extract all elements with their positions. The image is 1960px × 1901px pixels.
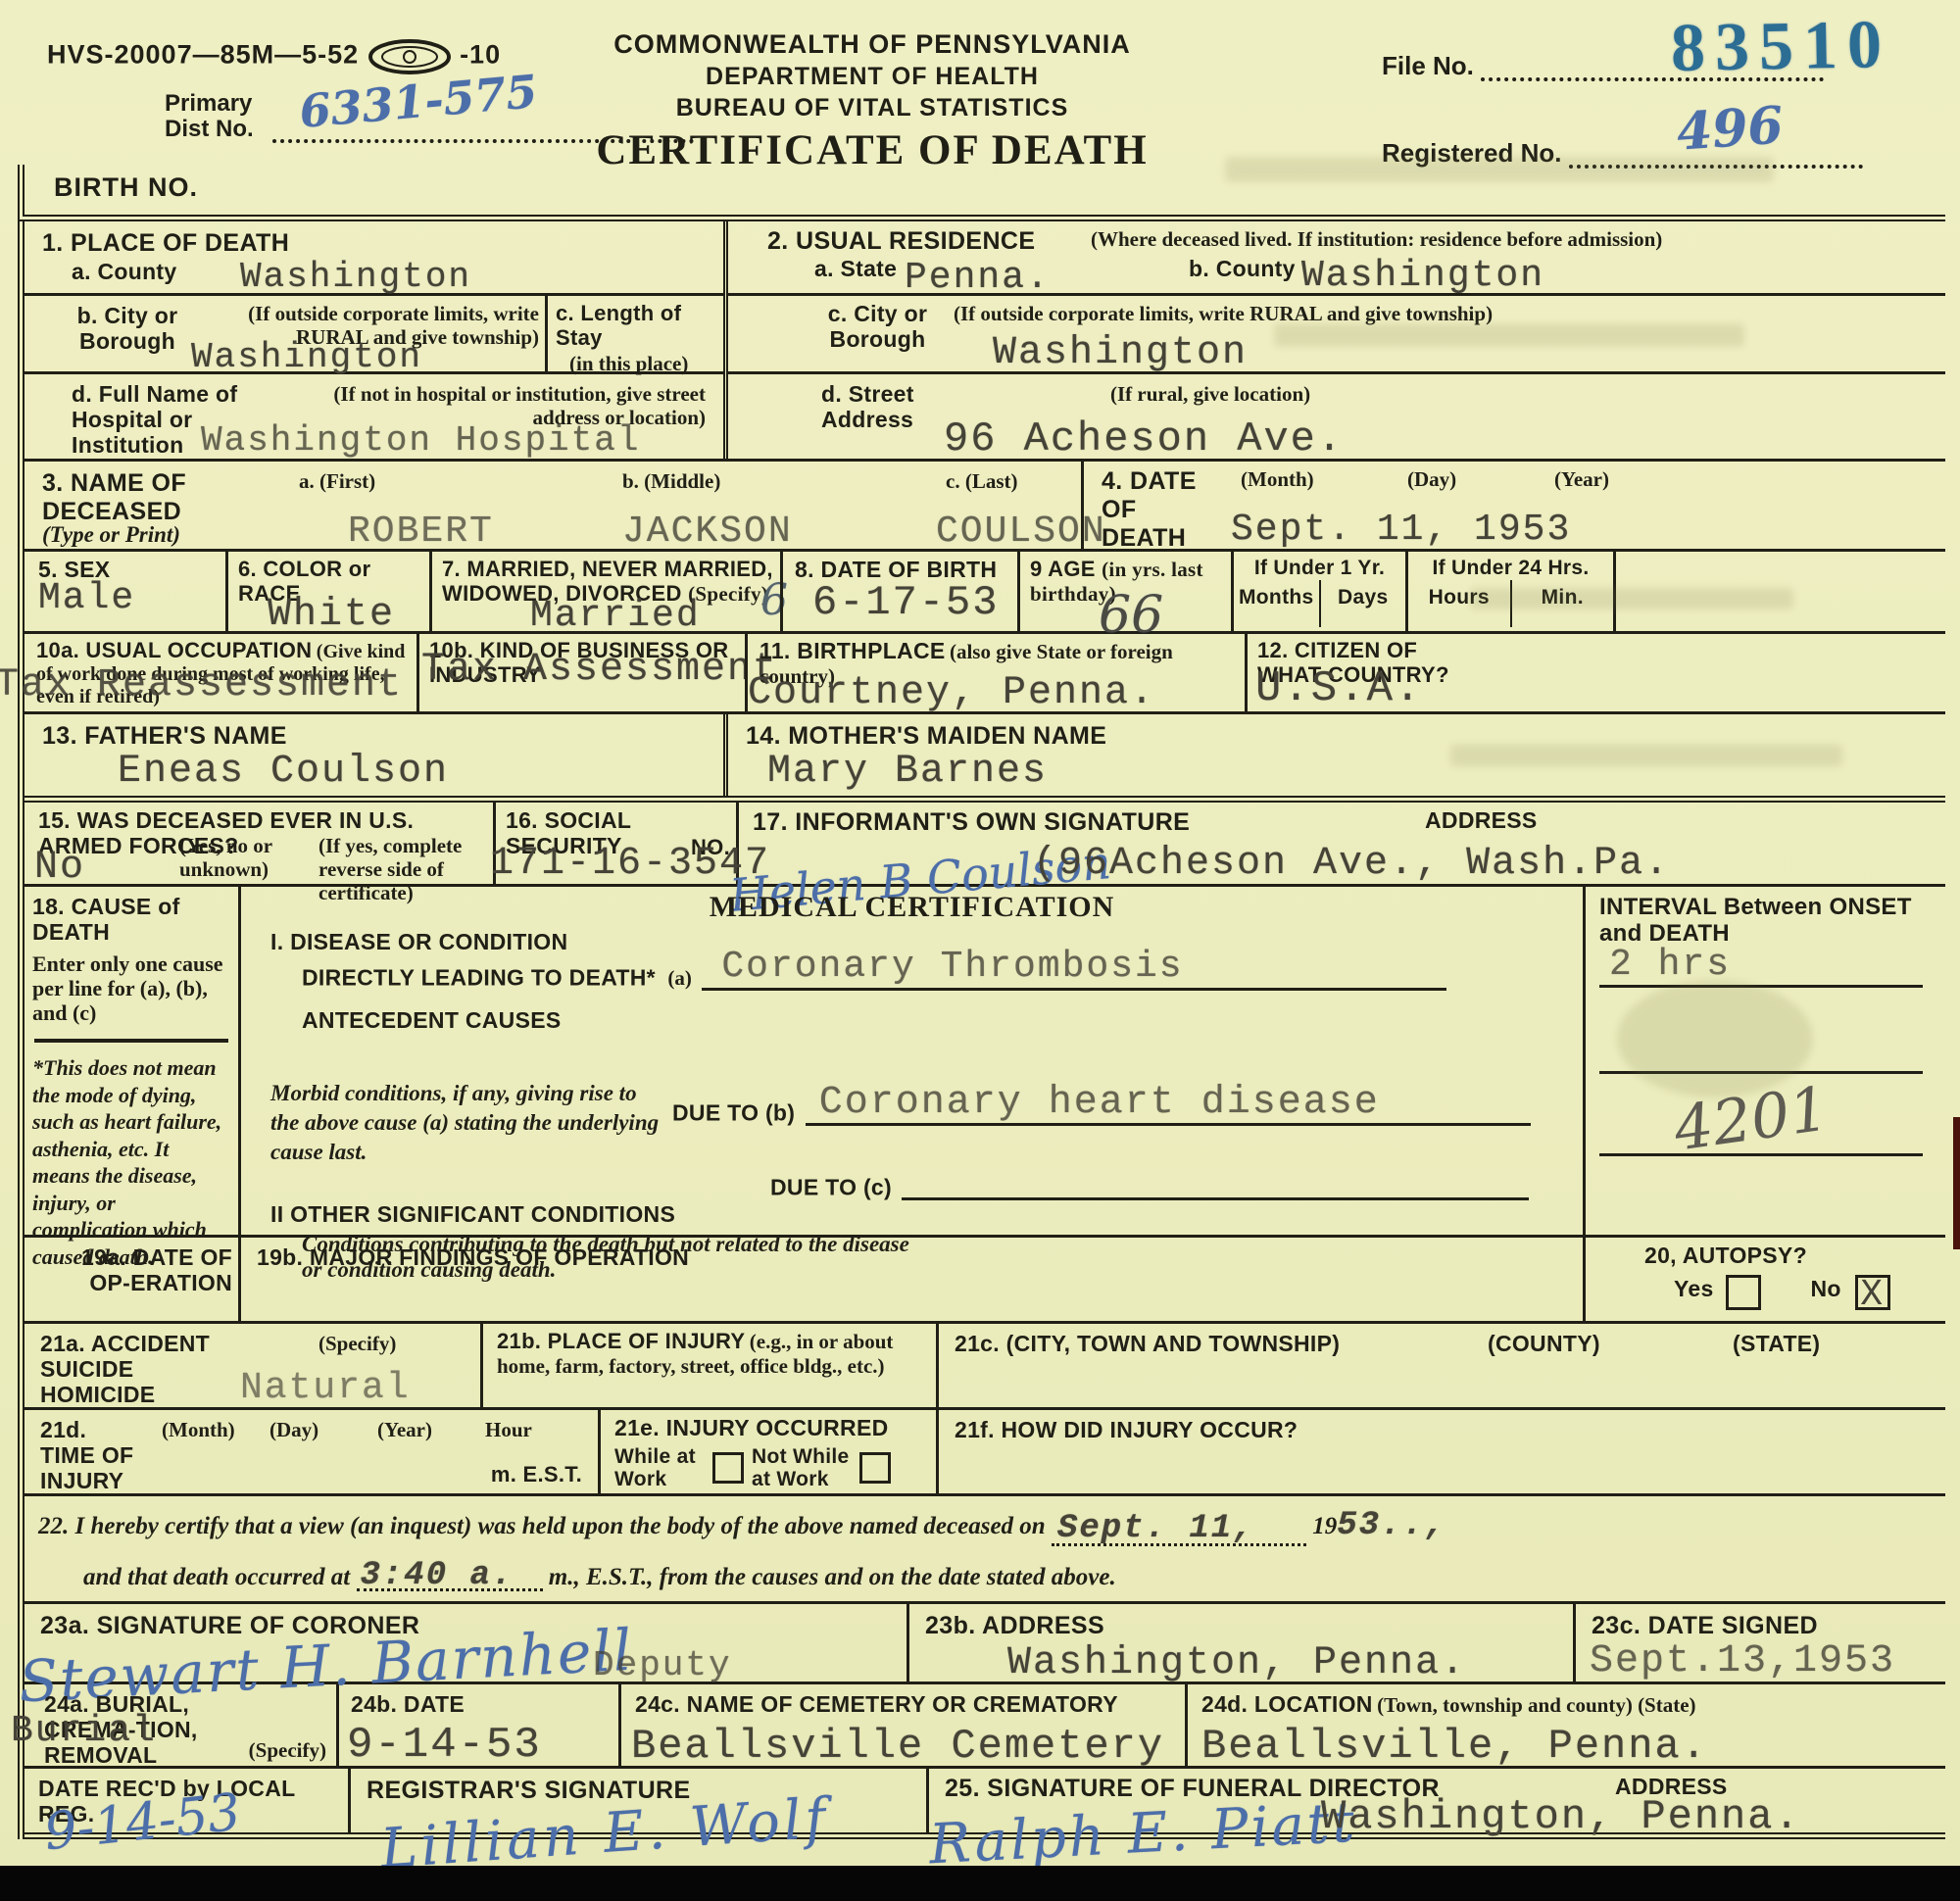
field-21d-est: m. E.S.T. xyxy=(491,1463,582,1487)
form-number: HVS-20007—85M—5-52 xyxy=(47,40,359,70)
field-1c-length-of-stay: c. Length of Stay (in this place) xyxy=(545,296,723,371)
field-1c-label: c. Length of Stay xyxy=(548,296,723,350)
primary-dist-label: Primary Dist No. xyxy=(165,91,272,143)
field-2b-value: Washington xyxy=(1301,255,1544,297)
certify-year-printed: 19 xyxy=(1312,1513,1337,1539)
field-24a-burial: 24a. BURIAL, CREMA-TION, REMOVAL (Specif… xyxy=(24,1684,336,1766)
section-3-title: 3. NAME OF DECEASED xyxy=(42,469,238,526)
field-23c-label: 23c. DATE SIGNED xyxy=(1576,1604,1945,1640)
file-no-label: File No. xyxy=(1382,51,1474,80)
field-11-birthplace: 11. BIRTHPLACE (also give State or forei… xyxy=(745,634,1245,711)
bureau-title: BUREAU OF VITAL STATISTICS xyxy=(529,94,1215,122)
section-1-title: 1. PLACE OF DEATH xyxy=(24,221,723,258)
field-2c-value: Washington xyxy=(993,331,1248,375)
field-9-age: 9 AGE (in yrs. last birthday) 66 xyxy=(1017,552,1231,631)
field-1b-1c-row: b. City or Borough (If outside corporate… xyxy=(24,296,723,374)
row-name-dateofdeath: 3. NAME OF DECEASED (Type or Print) a. (… xyxy=(24,462,1945,552)
field-21c-label: 21c. (CITY, TOWN AND TOWNSHIP) xyxy=(955,1332,1340,1357)
field-19a-label: 19a. DATE OF OP-ERATION xyxy=(24,1238,238,1296)
field-2c-note: (If outside corporate limits, write RURA… xyxy=(954,302,1502,325)
bleedthrough-smudge xyxy=(1274,323,1744,347)
field-13-label: 13. FATHER'S NAME xyxy=(24,714,723,751)
field-21e-notwhile-label: Not While at Work xyxy=(752,1445,859,1491)
field-2ab-row: 2. USUAL RESIDENCE (Where deceased lived… xyxy=(728,221,1945,296)
field-23c-value: Sept.13,1953 xyxy=(1590,1639,1895,1683)
field-2d-label: d. Street Address xyxy=(821,382,939,433)
field-14-value: Mary Barnes xyxy=(767,750,1048,794)
autopsy-no-checkbox: X xyxy=(1855,1275,1890,1310)
field-21f-label: 21f. HOW DID INJURY OCCUR? xyxy=(939,1410,1945,1443)
certify-line-1: 22. I hereby certify that a view (an inq… xyxy=(24,1496,1945,1546)
field-12-value: U.S.A. xyxy=(1255,664,1422,713)
field-24a-note: (Specify) xyxy=(249,1738,326,1762)
medical-b-value: Coronary heart disease xyxy=(819,1081,1380,1125)
field-21d-time-of-injury: 21d. TIME OF INJURY (Month) (Day) (Year)… xyxy=(24,1410,598,1493)
row-operation-autopsy: 19a. DATE OF OP-ERATION 19b. MAJOR FINDI… xyxy=(24,1238,1945,1324)
field-24b-value: 9-14-53 xyxy=(347,1721,542,1770)
field-21c-state-label: (STATE) xyxy=(1733,1332,1820,1357)
field-24c-value: Beallsville Cemetery xyxy=(631,1723,1164,1770)
certificate-title: CERTIFICATE OF DEATH xyxy=(529,126,1215,174)
bleedthrough-smudge xyxy=(1225,157,1774,182)
field-1c-note: (in this place) xyxy=(548,350,723,375)
field-11-label: 11. BIRTHPLACE xyxy=(759,638,946,663)
row-22-certification: 22. I hereby certify that a view (an inq… xyxy=(24,1496,1945,1604)
field-8-dob: 8. DATE OF BIRTH 6-17-53 xyxy=(780,552,1017,631)
field-2d-note: (If rural, give location) xyxy=(1110,382,1310,406)
field-6-value: White xyxy=(268,593,395,637)
field-24c-cemetery: 24c. NAME OF CEMETERY OR CREMATORY Beall… xyxy=(618,1684,1185,1766)
field-19a-date-of-operation: 19a. DATE OF OP-ERATION xyxy=(24,1238,238,1321)
field-23a-coroner-signature: 23a. SIGNATURE OF CORONER Stewart H. Bar… xyxy=(24,1604,906,1682)
field-10b-value: Tax Assessment xyxy=(421,648,778,692)
field-19b-major-findings: 19b. MAJOR FINDINGS OF OPERATION xyxy=(238,1238,1583,1321)
field-1a-county: 1. PLACE OF DEATH a. County Washington xyxy=(24,221,723,296)
field-7-value: Married xyxy=(530,595,701,637)
file-no-stamp: 83510 xyxy=(1670,6,1891,88)
field-2d-street: d. Street Address (If rural, give locati… xyxy=(728,374,1945,459)
field-3b-value: JACKSON xyxy=(622,511,793,553)
bleedthrough-smudge xyxy=(1617,980,1813,1097)
section-3-name: 3. NAME OF DECEASED (Type or Print) a. (… xyxy=(24,462,1081,549)
under1-months-label: Months xyxy=(1234,580,1319,627)
certify-part3: m., E.S.T., from the causes and on the d… xyxy=(549,1564,1116,1590)
under24-label: If Under 24 Hrs. xyxy=(1408,552,1613,580)
field-17-address-label: ADDRESS xyxy=(1425,808,1538,834)
field-21b-label: 21b. PLACE OF INJURY xyxy=(497,1329,745,1353)
medical-i-label2: DIRECTLY LEADING TO DEATH* xyxy=(302,964,656,990)
field-17-informant: 17. INFORMANT'S OWN SIGNATURE ADDRESS He… xyxy=(736,803,1945,884)
autopsy-no-check-mark: X xyxy=(1860,1274,1883,1316)
field-3b-label: b. (Middle) xyxy=(622,469,720,493)
header-titles: COMMONWEALTH OF PENNSYLVANIA DEPARTMENT … xyxy=(529,29,1215,174)
bleedthrough-smudge xyxy=(1470,588,1793,609)
file-no-line: File No. 83510 xyxy=(1382,51,1931,81)
field-11-value: Courtney, Penna. xyxy=(748,671,1155,715)
scan-bottom-bar xyxy=(0,1866,1960,1901)
medical-c-tag: DUE TO (c) xyxy=(770,1174,892,1199)
section-18-cause-of-death: 18. CAUSE of DEATH Enter only one cause … xyxy=(24,887,238,1235)
field-21d-month: (Month) xyxy=(162,1418,235,1441)
field-24b-label: 24b. DATE xyxy=(339,1684,618,1718)
field-17-address: (96Acheson Ave., Wash.Pa. xyxy=(1033,842,1670,886)
certify-part2: and that death occurred at xyxy=(83,1564,350,1590)
section-2-note: (Where deceased lived. If institution: r… xyxy=(1091,227,1698,251)
field-date-recd: DATE REC'D by LOCAL REG. 9-14-53 xyxy=(24,1769,348,1832)
field-21d-day: (Day) xyxy=(269,1418,318,1441)
field-21c-county-label: (COUNTY) xyxy=(1488,1332,1600,1357)
row-21abc: 21a. ACCIDENT SUICIDE HOMICIDE (Specify)… xyxy=(24,1324,1945,1410)
field-4-day-label: (Day) xyxy=(1407,467,1456,491)
field-21f-how-injury: 21f. HOW DID INJURY OCCUR? xyxy=(936,1410,1945,1493)
certify-date-value: Sept. 11, xyxy=(1057,1509,1255,1549)
medical-a-value: Coronary Thrombosis xyxy=(721,946,1183,988)
field-23c-date-signed: 23c. DATE SIGNED Sept.13,1953 xyxy=(1573,1604,1945,1682)
death-certificate-page: HVS-20007—85M—5-52 -10 Primary Dist No.6… xyxy=(0,0,1960,1901)
field-3a-label: a. (First) xyxy=(299,469,375,493)
field-19b-label: 19b. MAJOR FINDINGS OF OPERATION xyxy=(241,1238,1583,1271)
row10-filler xyxy=(1485,634,1945,711)
field-1b-value: Washington xyxy=(191,337,422,377)
field-24d-location: 24d. LOCATION (Town, township and county… xyxy=(1185,1684,1945,1766)
field-21e-label: 21e. INJURY OCCURRED xyxy=(601,1410,936,1441)
row-burial: 24a. BURIAL, CREMA-TION, REMOVAL (Specif… xyxy=(24,1684,1945,1769)
field-2b-label: b. County xyxy=(1189,257,1296,282)
field-1d-hospital: d. Full Name of Hospital or Institution … xyxy=(24,374,723,459)
field-10a-label: 10a. USUAL OCCUPATION xyxy=(36,638,312,662)
section-18-note1: Enter only one cause per line for (a), (… xyxy=(24,946,238,1026)
field-24d-value: Beallsville, Penna. xyxy=(1201,1723,1708,1770)
field-21e-while-label: While at Work xyxy=(614,1445,712,1491)
field-6-race: 6. COLOR or RACE White xyxy=(225,552,429,631)
birth-no-label: BIRTH NO. xyxy=(54,172,198,202)
certify-part1: 22. I hereby certify that a view (an inq… xyxy=(38,1513,1046,1539)
section-4-date-of-death: 4. DATE OF DEATH (Month) (Day) (Year) Se… xyxy=(1081,462,1945,549)
file-number-block: File No. 83510 Registered No. 496 xyxy=(1382,51,1931,212)
field-8-value: 6-17-53 xyxy=(812,579,999,626)
field-21a-accident: 21a. ACCIDENT SUICIDE HOMICIDE (Specify)… xyxy=(24,1324,480,1407)
under1-label: If Under 1 Yr. xyxy=(1234,552,1405,580)
field-20-yes-label: Yes xyxy=(1674,1276,1714,1301)
field-4-year-label: (Year) xyxy=(1554,467,1609,491)
medical-certification-panel: MEDICAL CERTIFICATION I. DISEASE OR COND… xyxy=(238,887,1583,1235)
field-21a-note: (Specify) xyxy=(318,1332,396,1355)
row-registrar: DATE REC'D by LOCAL REG. 9-14-53 REGISTR… xyxy=(24,1769,1945,1839)
row-armedforces-ssn-informant: 15. WAS DECEASED EVER IN U.S. ARMED FORC… xyxy=(24,803,1945,887)
medical-b-tag: DUE TO (b) xyxy=(672,1099,795,1125)
field-15-value: No xyxy=(34,846,85,890)
certificate-header: HVS-20007—85M—5-52 -10 Primary Dist No.6… xyxy=(0,0,1960,165)
field-23b-value: Washington, Penna. xyxy=(1007,1641,1466,1685)
field-15-note1: (Yes, no or unknown) xyxy=(179,834,307,881)
field-24d-note: (Town, township and county) (State) xyxy=(1377,1693,1695,1717)
field-13-father: 13. FATHER'S NAME Eneas Coulson xyxy=(24,714,723,796)
medical-morbid-note: Morbid conditions, if any, giving rise t… xyxy=(270,1079,662,1167)
field-1b-label: b. City or Borough xyxy=(73,304,181,355)
field-4-value: Sept. 11, 1953 xyxy=(1231,509,1571,551)
field-21d-label: 21d. TIME OF INJURY xyxy=(40,1418,148,1493)
field-12-citizen: 12. CITIZEN OF WHAT COUNTRY? U.S.A. xyxy=(1245,634,1485,711)
field-15-armed-forces: 15. WAS DECEASED EVER IN U.S. ARMED FORC… xyxy=(24,803,493,884)
field-21b-place-of-injury: 21b. PLACE OF INJURY (e.g., in or about … xyxy=(480,1324,936,1407)
coroner-deputy: Deputy xyxy=(593,1645,732,1685)
field-5-value: Male xyxy=(38,577,135,619)
certify-line-2: and that death occurred at 3:40 a. m., E… xyxy=(24,1546,1945,1591)
field-21c-city-county-state: 21c. (CITY, TOWN AND TOWNSHIP) (COUNTY) … xyxy=(936,1324,1945,1407)
section-18-note2: *This does not mean the mode of dying, s… xyxy=(24,1043,238,1270)
field-24b-date: 24b. DATE 9-14-53 xyxy=(336,1684,618,1766)
field-16-value: 171-16-3547 xyxy=(490,842,770,886)
field-8-label: 8. DATE OF BIRTH xyxy=(783,552,1017,583)
section-2-title: 2. USUAL RESIDENCE xyxy=(767,227,1035,256)
certify-year-value: 53.., xyxy=(1337,1507,1446,1544)
field-1a-value: Washington xyxy=(240,257,471,297)
autopsy-yes-checkbox xyxy=(1726,1275,1761,1310)
field-10b-business: 10b. KIND OF BUSINESS OR INDUSTRY Tax As… xyxy=(416,634,745,711)
interval-label: INTERVAL Between ONSET and DEATH xyxy=(1586,887,1945,948)
medical-title: MEDICAL CERTIFICATION xyxy=(710,891,1115,923)
medical-antecedent-label: ANTECEDENT CAUSES xyxy=(241,991,1583,1034)
union-suffix: -10 xyxy=(460,40,501,70)
field-21a-value: Natural xyxy=(240,1367,411,1409)
section-18-label: 18. CAUSE of DEATH xyxy=(24,887,238,946)
field-21d-hour: Hour xyxy=(485,1418,532,1441)
while-at-work-checkbox xyxy=(712,1452,744,1484)
scan-edge-artifact xyxy=(1953,1117,1960,1249)
field-21a-label: 21a. ACCIDENT SUICIDE HOMICIDE xyxy=(40,1332,217,1407)
medical-ii-label: II OTHER SIGNIFICANT CONDITIONS xyxy=(270,1202,675,1228)
row-occupation-birthplace-citizen: 10a. USUAL OCCUPATION (Give kind of work… xyxy=(24,634,1945,714)
certify-time-value: 3:40 a. xyxy=(361,1557,514,1594)
field-20-label: 20, AUTOPSY? xyxy=(1586,1238,1945,1269)
not-while-at-work-checkbox xyxy=(859,1452,891,1484)
field-7-marital: 7. MARRIED, NEVER MARRIED, WIDOWED, DIVO… xyxy=(429,552,780,631)
field-13-value: Eneas Coulson xyxy=(118,750,449,794)
field-24d-label: 24d. LOCATION xyxy=(1201,1691,1373,1717)
row-coroner: 23a. SIGNATURE OF CORONER Stewart H. Bar… xyxy=(24,1604,1945,1684)
field-24c-label: 24c. NAME OF CEMETERY OR CREMATORY xyxy=(621,1684,1185,1718)
section-1-place-of-death: 1. PLACE OF DEATH a. County Washington b… xyxy=(24,221,723,459)
field-21e-injury-occurred: 21e. INJURY OCCURRED While at Work Not W… xyxy=(598,1410,936,1493)
medical-a-tag: (a) xyxy=(667,966,692,990)
field-25-address-value: Washington, Penna. xyxy=(1321,1793,1801,1840)
field-2a-label: a. State xyxy=(814,257,897,282)
field-1d-value: Washington Hospital xyxy=(201,420,640,461)
field-25-funeral-director: 25. SIGNATURE OF FUNERAL DIRECTOR ADDRES… xyxy=(926,1769,1945,1832)
field-5-sex: 5. SEX Male xyxy=(24,552,225,631)
field-20-autopsy: 20, AUTOPSY? Yes No X xyxy=(1583,1238,1945,1321)
field-3c-label: c. (Last) xyxy=(946,469,1017,493)
section-4-title: 4. DATE OF DEATH xyxy=(1102,467,1209,553)
bleedthrough-smudge xyxy=(1450,745,1842,766)
field-9-under1yr: If Under 1 Yr. Months Days xyxy=(1231,552,1405,631)
field-23b-address: 23b. ADDRESS Washington, Penna. xyxy=(906,1604,1573,1682)
field-20-no-label: No xyxy=(1810,1276,1840,1301)
field-23b-label: 23b. ADDRESS xyxy=(909,1604,1573,1640)
row-21def: 21d. TIME OF INJURY (Month) (Day) (Year)… xyxy=(24,1410,1945,1496)
field-10a-value: Tax Reassessment xyxy=(0,663,403,707)
department-title: DEPARTMENT OF HEALTH xyxy=(529,63,1215,91)
field-2c-label: c. City or Borough xyxy=(821,302,934,353)
field-registrar-signature: REGISTRAR'S SIGNATURE Lillian E. Wolf xyxy=(348,1769,926,1832)
registered-no-value: 496 xyxy=(1675,95,1786,162)
field-4-month-label: (Month) xyxy=(1241,467,1314,491)
section-3-subtitle: (Type or Print) xyxy=(42,522,180,548)
field-10a-occupation: 10a. USUAL OCCUPATION (Give kind of work… xyxy=(24,634,416,711)
field-2a-value: Penna. xyxy=(905,257,1051,299)
field-21d-year: (Year) xyxy=(377,1418,432,1441)
field-3a-value: ROBERT xyxy=(348,511,494,553)
field-16-ssn: 16. SOCIAL SECURITY NO. 171-16-3547 xyxy=(493,803,736,884)
field-17-label: 17. INFORMANT'S OWN SIGNATURE xyxy=(753,808,1190,837)
field-2d-value: 96 Acheson Ave. xyxy=(944,415,1344,463)
under1-days-label: Days xyxy=(1319,580,1406,627)
field-24a-value: Burial xyxy=(11,1710,157,1752)
commonwealth-title: COMMONWEALTH OF PENNSYLVANIA xyxy=(529,29,1215,60)
funeral-director-signature: Ralph E. Piatt xyxy=(928,1791,1359,1877)
field-1b-city: b. City or Borough (If outside corporate… xyxy=(24,296,545,371)
